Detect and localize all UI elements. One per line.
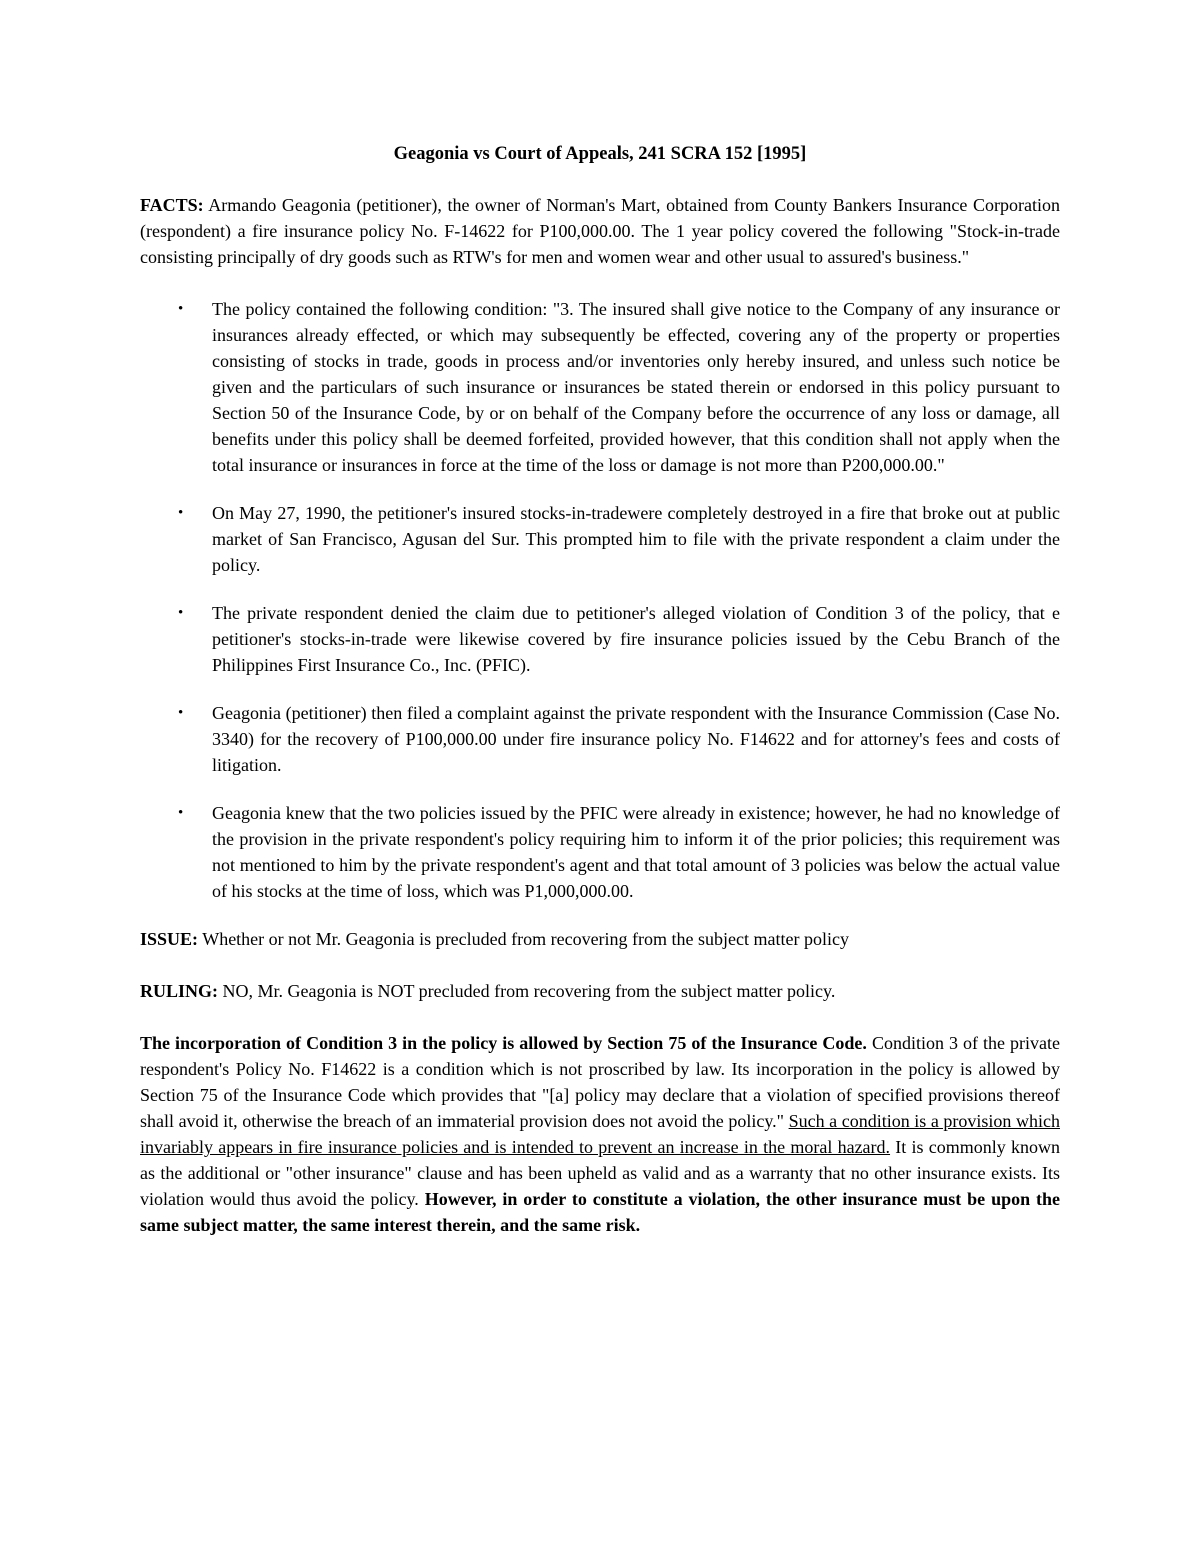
issue-paragraph: ISSUE: Whether or not Mr. Geagonia is pr…	[140, 926, 1060, 952]
facts-paragraph: FACTS: Armando Geagonia (petitioner), th…	[140, 192, 1060, 270]
bullet-icon: •	[140, 500, 212, 578]
bullet-icon: •	[140, 600, 212, 678]
ruling-label: RULING:	[140, 981, 218, 1001]
issue-text: Whether or not Mr. Geagonia is precluded…	[198, 929, 849, 949]
list-item: • Geagonia knew that the two policies is…	[140, 800, 1060, 904]
ruling-text: NO, Mr. Geagonia is NOT precluded from r…	[218, 981, 835, 1001]
list-item: • The private respondent denied the clai…	[140, 600, 1060, 678]
bullet-text-fire-loss: On May 27, 1990, the petitioner's insure…	[212, 500, 1060, 578]
bullet-text-complaint-filed: Geagonia (petitioner) then filed a compl…	[212, 700, 1060, 778]
facts-label: FACTS:	[140, 195, 204, 215]
list-item: • The policy contained the following con…	[140, 296, 1060, 478]
bullet-icon: •	[140, 296, 212, 478]
list-item: • Geagonia (petitioner) then filed a com…	[140, 700, 1060, 778]
bullet-text-knowledge-of-policies: Geagonia knew that the two policies issu…	[212, 800, 1060, 904]
facts-bullet-list: • The policy contained the following con…	[140, 296, 1060, 904]
analysis-paragraph: The incorporation of Condition 3 in the …	[140, 1030, 1060, 1238]
bullet-text-claim-denied: The private respondent denied the claim …	[212, 600, 1060, 678]
document-page: Geagonia vs Court of Appeals, 241 SCRA 1…	[0, 0, 1200, 1553]
facts-text: Armando Geagonia (petitioner), the owner…	[140, 195, 1060, 267]
list-item: • On May 27, 1990, the petitioner's insu…	[140, 500, 1060, 578]
ruling-paragraph: RULING: NO, Mr. Geagonia is NOT preclude…	[140, 978, 1060, 1004]
issue-label: ISSUE:	[140, 929, 198, 949]
case-title: Geagonia vs Court of Appeals, 241 SCRA 1…	[140, 141, 1060, 167]
bullet-icon: •	[140, 800, 212, 904]
bullet-text-policy-condition: The policy contained the following condi…	[212, 296, 1060, 478]
analysis-bold-lead: The incorporation of Condition 3 in the …	[140, 1033, 867, 1053]
bullet-icon: •	[140, 700, 212, 778]
